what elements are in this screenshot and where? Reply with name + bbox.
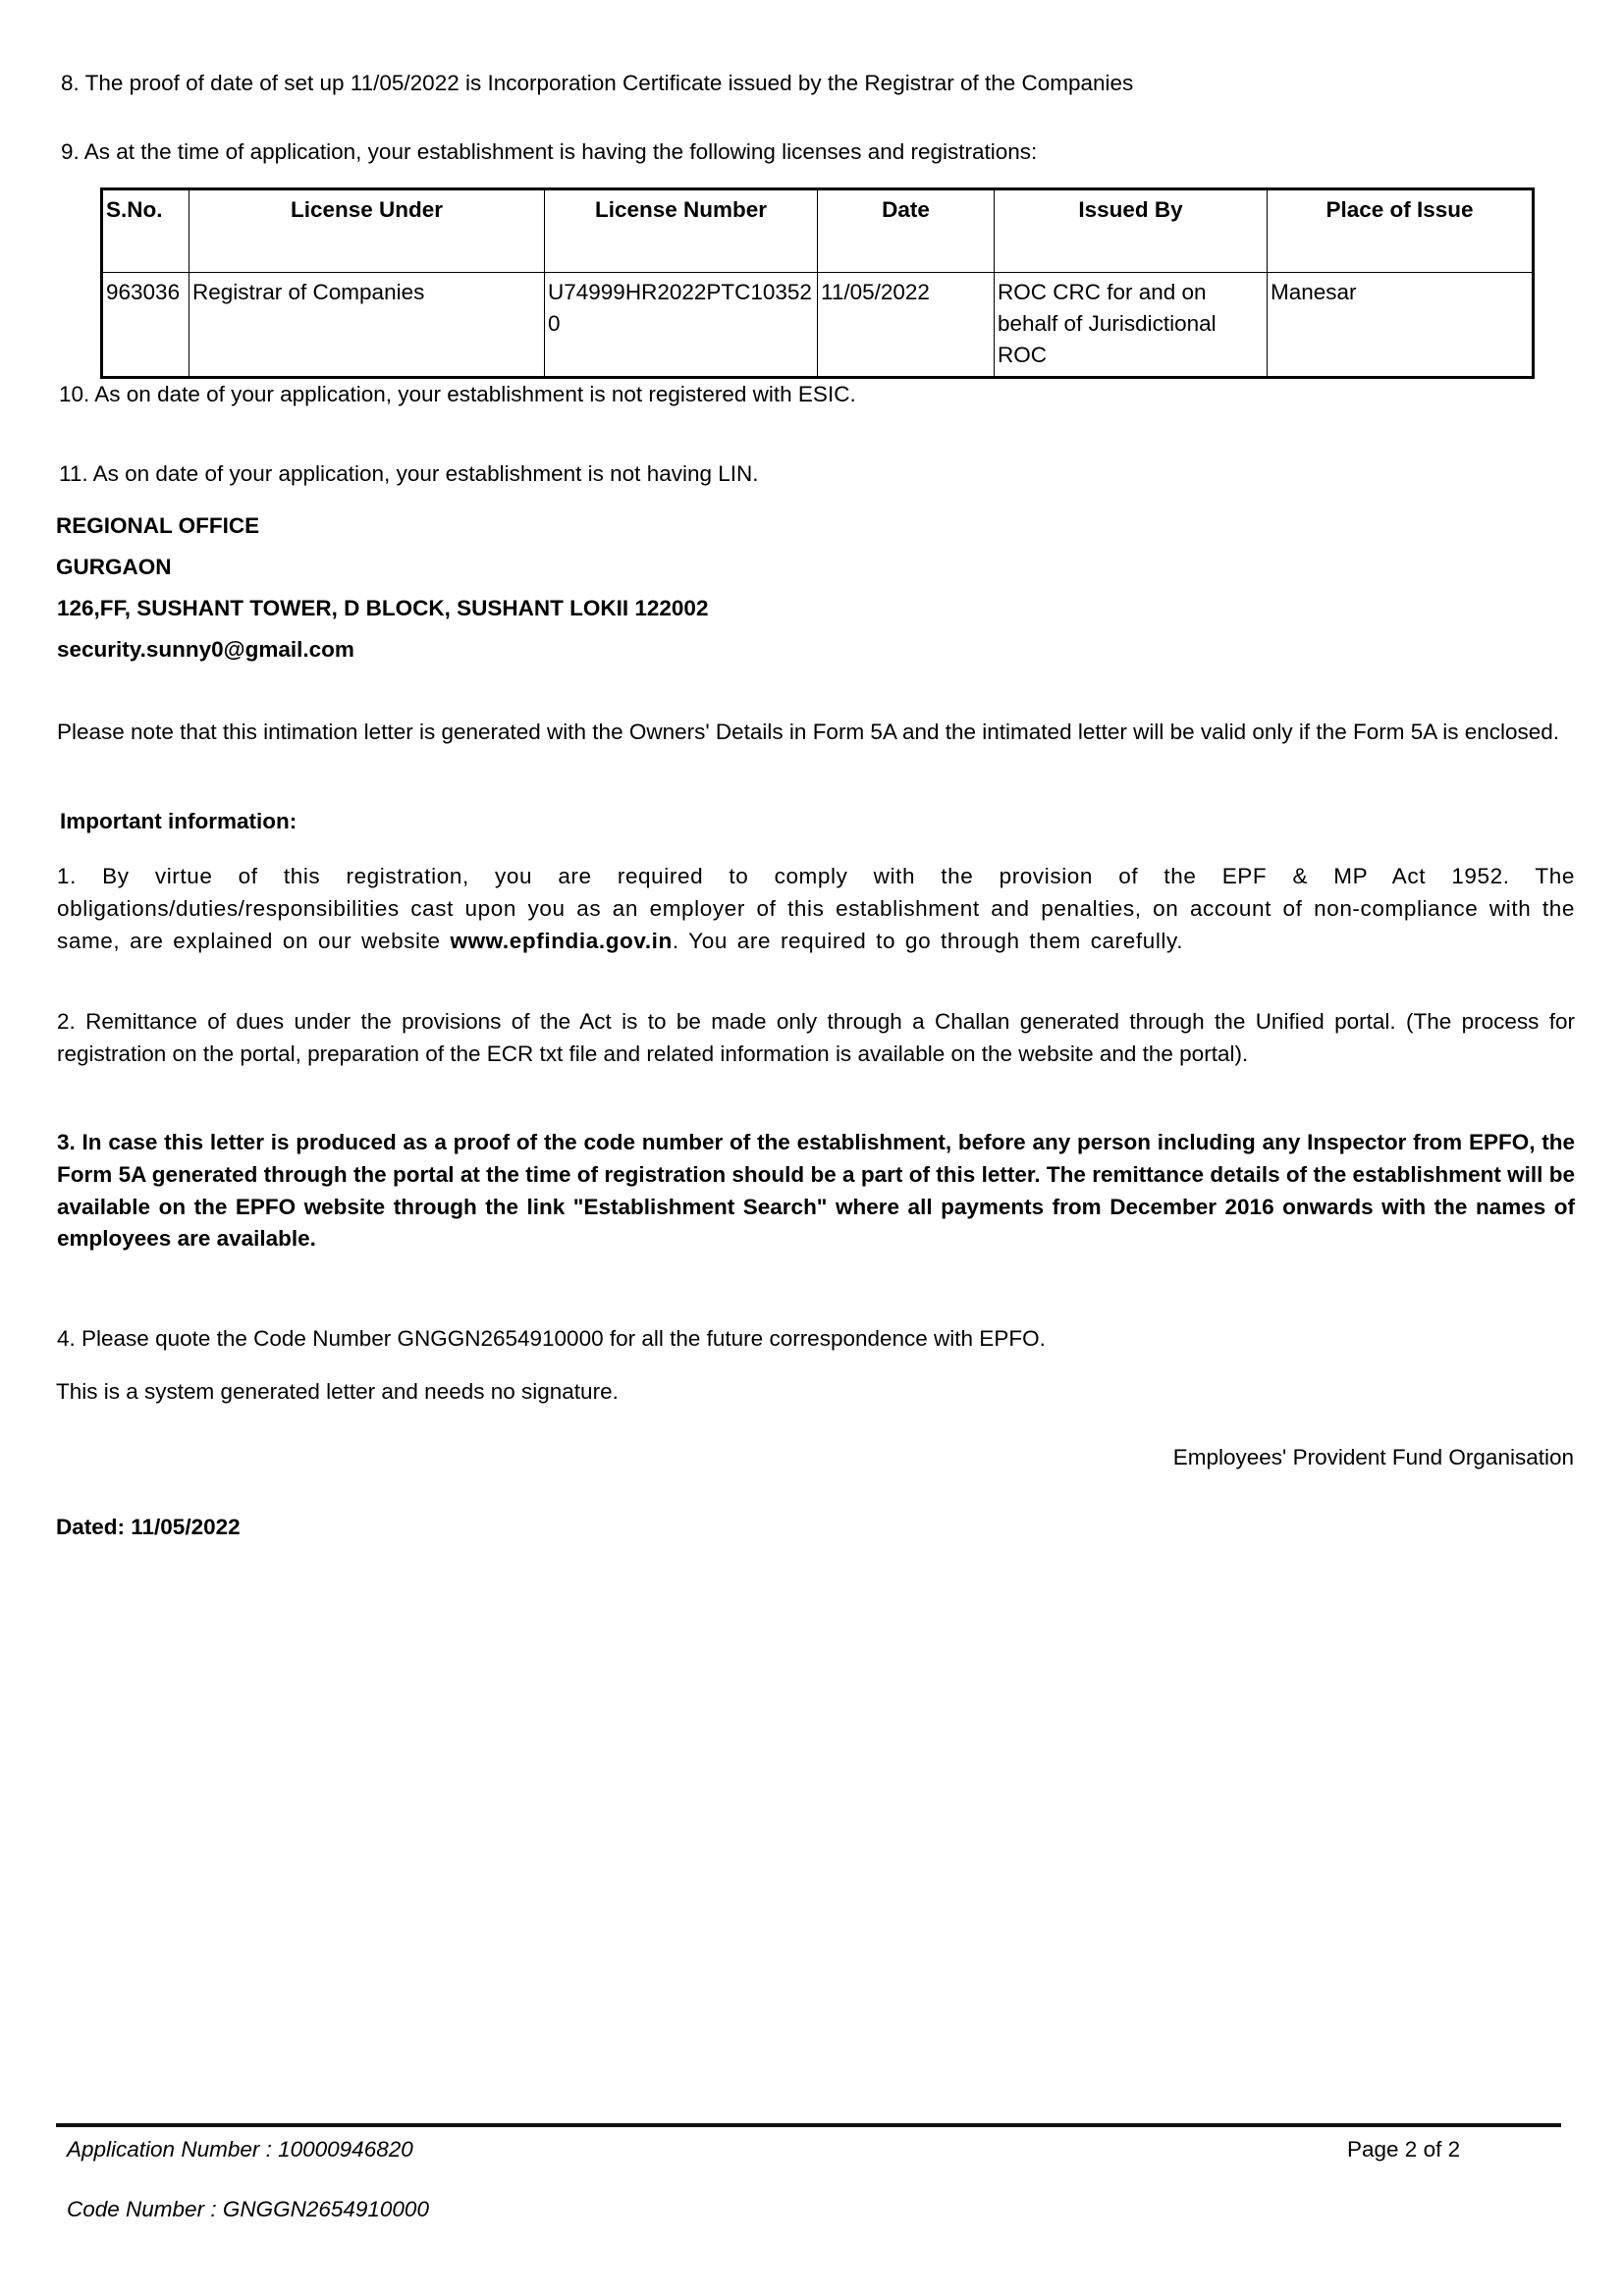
code-number: Code Number : GNGGN2654910000 [67,2199,429,2221]
important-point-1: 1. By virtue of this registration, you a… [57,861,1575,957]
item-9: 9. As at the time of application, your e… [61,141,1037,164]
important-point-2: 2. Remittance of dues under the provisio… [57,1006,1575,1071]
cell-license-under: Registrar of Companies [189,273,545,378]
form-5a-note: Please note that this intimation letter … [57,717,1575,749]
regional-office-city: GURGAON [56,557,172,579]
important-point-4: 4. Please quote the Code Number GNGGN265… [57,1328,1046,1351]
cell-date: 11/05/2022 [818,273,995,378]
page-number: Page 2 of 2 [1347,2139,1460,2162]
cell-issued-by: ROC CRC for and on behalf of Jurisdictio… [995,273,1268,378]
signatory: Employees' Provident Fund Organisation [1173,1447,1574,1469]
item-8: 8. The proof of date of set up 11/05/202… [61,73,1133,95]
cell-place-of-issue: Manesar [1268,273,1534,378]
col-header-issued-by: Issued By [995,189,1268,273]
item-10: 10. As on date of your application, your… [59,384,856,406]
regional-office-email: security.sunny0@gmail.com [57,639,354,662]
application-number: Application Number : 10000946820 [67,2139,413,2162]
col-header-place-of-issue: Place of Issue [1268,189,1534,273]
cell-license-number: U74999HR2022PTC103520 [545,273,818,378]
col-header-date: Date [818,189,995,273]
epfindia-link[interactable]: www.epfindia.gov.in [450,929,672,953]
table-row: 963036 Registrar of Companies U74999HR20… [102,273,1534,378]
col-header-sno: S.No. [102,189,189,273]
footer-divider [56,2123,1561,2127]
point-1-text-end: . You are required to go through them ca… [673,929,1183,953]
item-11: 11. As on date of your application, your… [59,463,759,486]
license-table: S.No. License Under License Number Date … [100,187,1535,379]
cell-sno: 963036 [102,273,189,378]
important-point-3: 3. In case this letter is produced as a … [57,1127,1575,1255]
col-header-license-number: License Number [545,189,818,273]
dated: Dated: 11/05/2022 [56,1517,241,1539]
col-header-license-under: License Under [189,189,545,273]
important-heading: Important information: [60,811,297,833]
license-table-header: S.No. License Under License Number Date … [102,189,1534,273]
regional-office-title: REGIONAL OFFICE [56,515,259,538]
system-generated-note: This is a system generated letter and ne… [56,1381,619,1404]
regional-office-address: 126,FF, SUSHANT TOWER, D BLOCK, SUSHANT … [57,598,708,620]
